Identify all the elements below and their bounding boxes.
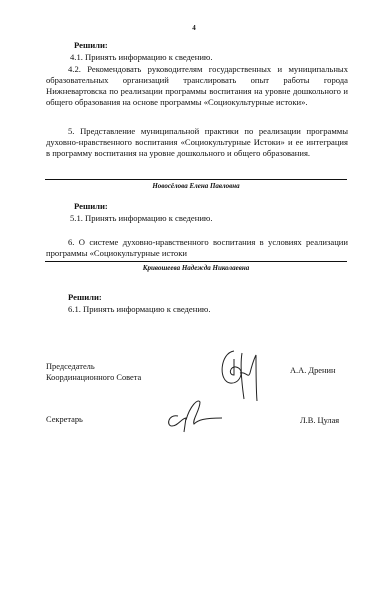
section-6-topic-text: 6. О системе духовно-нравственного воспи… [46, 237, 348, 259]
secretary-label: Секретарь [46, 414, 83, 425]
section-6-divider [45, 261, 347, 262]
section-4-decided-heading: Решили: [74, 40, 108, 51]
secretary-name: Л.В. Цулая [300, 416, 339, 425]
chairman-label: Председатель Координационного Совета [46, 361, 141, 383]
section-5-decided-heading: Решили: [74, 201, 108, 212]
section-5-topic: 5. Представление муниципальной практики … [46, 126, 348, 159]
section-6-item-6-1: 6.1. Принять информацию к сведению. [68, 304, 211, 315]
section-6-speaker: Кривошеева Надежда Николаевна [45, 264, 347, 272]
chairman-label-line2: Координационного Совета [46, 372, 141, 383]
chairman-name: А.А. Дренин [290, 366, 335, 375]
chairman-label-line1: Председатель [46, 361, 141, 372]
secretary-signature-icon [164, 396, 224, 436]
section-5-speaker: Новосёлова Елена Павловна [45, 182, 347, 190]
section-4-item-4-2: 4.2. Рекомендовать руководителям государ… [46, 64, 348, 108]
section-6-topic: 6. О системе духовно-нравственного воспи… [46, 237, 348, 259]
section-6-decided-heading: Решили: [68, 292, 102, 303]
page-number: 4 [0, 24, 388, 32]
section-4-item-4-1: 4.1. Принять информацию к сведению. [70, 52, 213, 63]
section-5-item-5-1: 5.1. Принять информацию к сведению. [70, 213, 213, 224]
section-5-divider [45, 179, 347, 180]
section-5-topic-text: 5. Представление муниципальной практики … [46, 126, 348, 159]
section-4-item-4-2-text: 4.2. Рекомендовать руководителям государ… [46, 64, 348, 108]
